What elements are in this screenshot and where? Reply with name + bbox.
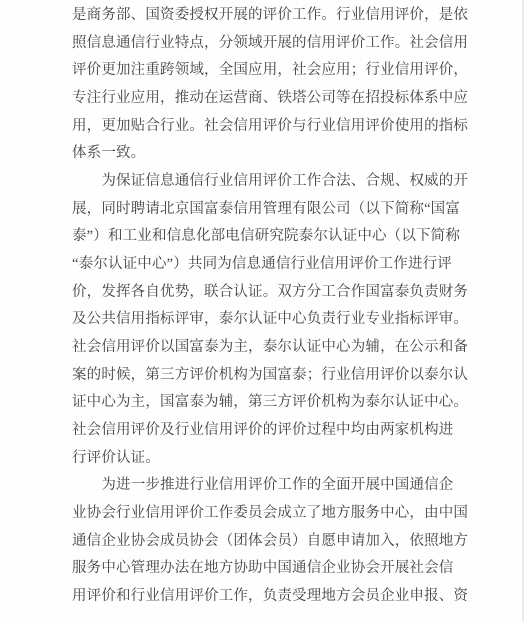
paragraph-local-service-centers: 为进一步推进行业信用评价工作的全面开展中国通信企 业协会行业信用评价工作委员会成… — [72, 472, 522, 610]
text-line: 评价更加注重跨领域，全国应用，社会应用；行业信用评价， — [72, 57, 522, 85]
text-line: 展，同时聘请北京国富泰信用管理有限公司（以下简称“国富 — [72, 196, 522, 224]
document-page: 是商务部、国资委授权开展的评价工作。行业信用评价，是依 照信息通信行业特点，分领… — [0, 0, 524, 622]
text-line: 及公共信用指标评审，泰尔认证中心负责行业专业指标评审。 — [72, 306, 522, 334]
text-line: 用评价和行业信用评价工作，负责受理地方会员企业申报、资 — [72, 583, 522, 611]
text-line: 专注行业应用，推动在运营商、铁塔公司等在招投标体系中应 — [72, 85, 522, 113]
text-line: 为保证信息通信行业信用评价工作合法、合规、权威的开 — [72, 168, 522, 196]
text-line: “泰尔认证中心”）共同为信息通信行业信用评价工作进行评 — [72, 251, 522, 279]
text-line: 社会信用评价及行业信用评价的评价过程中均由两家机构进 — [72, 417, 522, 445]
text-line: 社会信用评价以国富泰为主，泰尔认证中心为辅，在公示和备 — [72, 334, 522, 362]
text-line: 证中心为主，国富泰为辅，第三方评价机构为泰尔认证中心。 — [72, 389, 522, 417]
text-line: 用，更加贴合行业。社会信用评价与行业信用评价使用的指标 — [72, 113, 522, 141]
text-line: 价，发挥各自优势，联合认证。双方分工合作国富泰负责财务 — [72, 279, 522, 307]
text-line: 业协会行业信用评价工作委员会成立了地方服务中心，由中国 — [72, 500, 522, 528]
text-line: 为进一步推进行业信用评价工作的全面开展中国通信企 — [72, 472, 522, 500]
text-line: 服务中心管理办法在地方协助中国通信企业协会开展社会信 — [72, 555, 522, 583]
text-line: 泰”）和工业和信息化部电信研究院泰尔认证中心（以下简称 — [72, 223, 522, 251]
text-line: 通信企业协会成员协会（团体会员）自愿申请加入，依照地方 — [72, 528, 522, 556]
paragraph-joint-certification: 为保证信息通信行业信用评价工作合法、合规、权威的开 展，同时聘请北京国富泰信用管… — [72, 168, 522, 472]
text-line: 体系一致。 — [72, 140, 522, 168]
text-line: 是商务部、国资委授权开展的评价工作。行业信用评价，是依 — [72, 2, 522, 30]
text-line: 行评价认证。 — [72, 445, 522, 473]
text-line: 案的时候，第三方评价机构为国富泰；行业信用评价以泰尔认 — [72, 362, 522, 390]
paragraph-continuation: 是商务部、国资委授权开展的评价工作。行业信用评价，是依 照信息通信行业特点，分领… — [72, 2, 522, 168]
text-line: 照信息通信行业特点，分领域开展的信用评价工作。社会信用 — [72, 30, 522, 58]
